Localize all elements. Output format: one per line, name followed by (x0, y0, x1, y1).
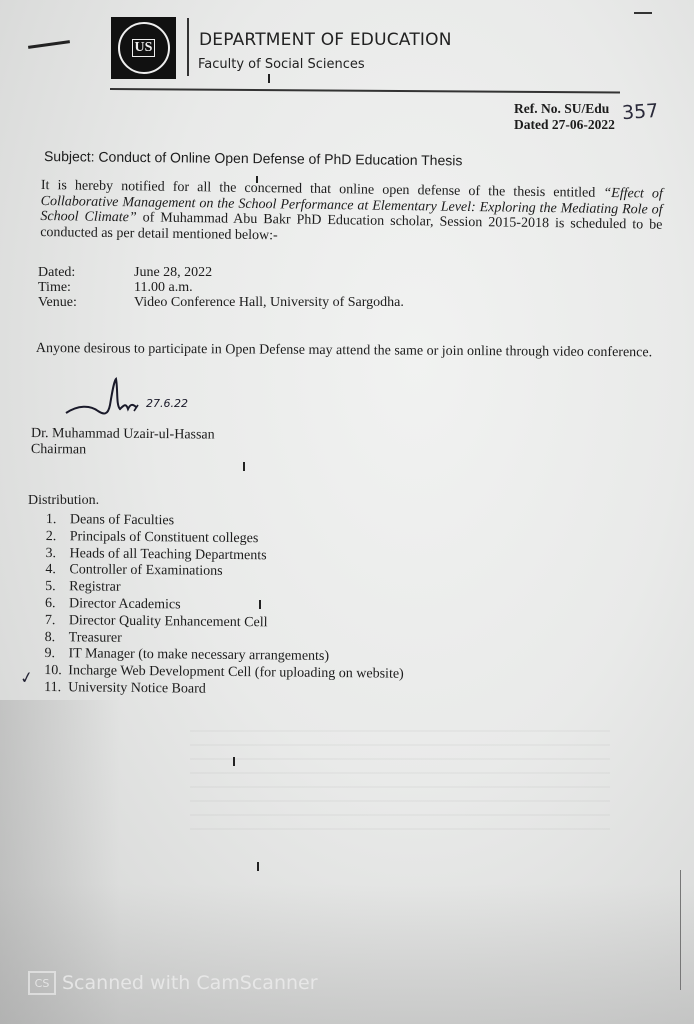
pen-mark (634, 12, 652, 14)
signature-icon: 27.6.22 (64, 375, 224, 425)
pen-mark (28, 40, 70, 49)
detail-row-time: Time: 11.00 a.m. (38, 280, 404, 295)
detail-row-date: Dated: June 28, 2022 (38, 265, 404, 280)
university-logo: US (111, 17, 176, 79)
reference-number: Ref. No. SU/Edu (514, 101, 615, 117)
checkmark-icon: ✓ (18, 667, 35, 689)
signatory: Dr. Muhammad Uzair-ul-Hassan Chairman (31, 426, 215, 460)
punch-mark (259, 600, 261, 609)
notice-paragraph: It is hereby notified for all the concer… (40, 178, 663, 249)
punch-mark (257, 862, 259, 871)
participation-note: Anyone desirous to participate in Open D… (36, 341, 658, 360)
camscanner-watermark: CS Scanned with CamScanner (28, 971, 318, 995)
signatory-name: Dr. Muhammad Uzair-ul-Hassan (31, 426, 215, 444)
punch-mark (268, 74, 270, 83)
paper-edge (680, 870, 681, 990)
punch-mark (233, 757, 235, 766)
svg-text:27.6.22: 27.6.22 (146, 397, 188, 410)
handwritten-ref-number: 357 (621, 100, 659, 124)
letterhead-rule (110, 88, 620, 94)
page-shadow (0, 884, 694, 1024)
subject-line: Subject: Conduct of Online Open Defense … (44, 148, 463, 168)
faculty-name: Faculty of Social Sciences (198, 57, 365, 72)
detail-row-venue: Venue: Video Conference Hall, University… (38, 295, 404, 310)
reference-date: Dated 27-06-2022 (514, 117, 615, 133)
bleed-through-text (190, 720, 610, 830)
distribution-heading: Distribution. (28, 493, 99, 509)
logo-seal-icon: US (118, 22, 170, 74)
letterhead-divider (187, 18, 189, 76)
watermark-text: Scanned with CamScanner (62, 972, 318, 994)
department-name: DEPARTMENT OF EDUCATION (199, 30, 452, 50)
camscanner-icon: CS (28, 971, 56, 995)
defense-details: Dated: June 28, 2022 Time: 11.00 a.m. Ve… (38, 265, 404, 310)
scanned-letter: US DEPARTMENT OF EDUCATION Faculty of So… (0, 0, 694, 1024)
reference-block: Ref. No. SU/Edu Dated 27-06-2022 (514, 101, 615, 133)
distribution-list: 1.Deans of Faculties 2.Principals of Con… (44, 512, 405, 701)
signatory-title: Chairman (31, 442, 215, 460)
punch-mark (243, 462, 245, 471)
